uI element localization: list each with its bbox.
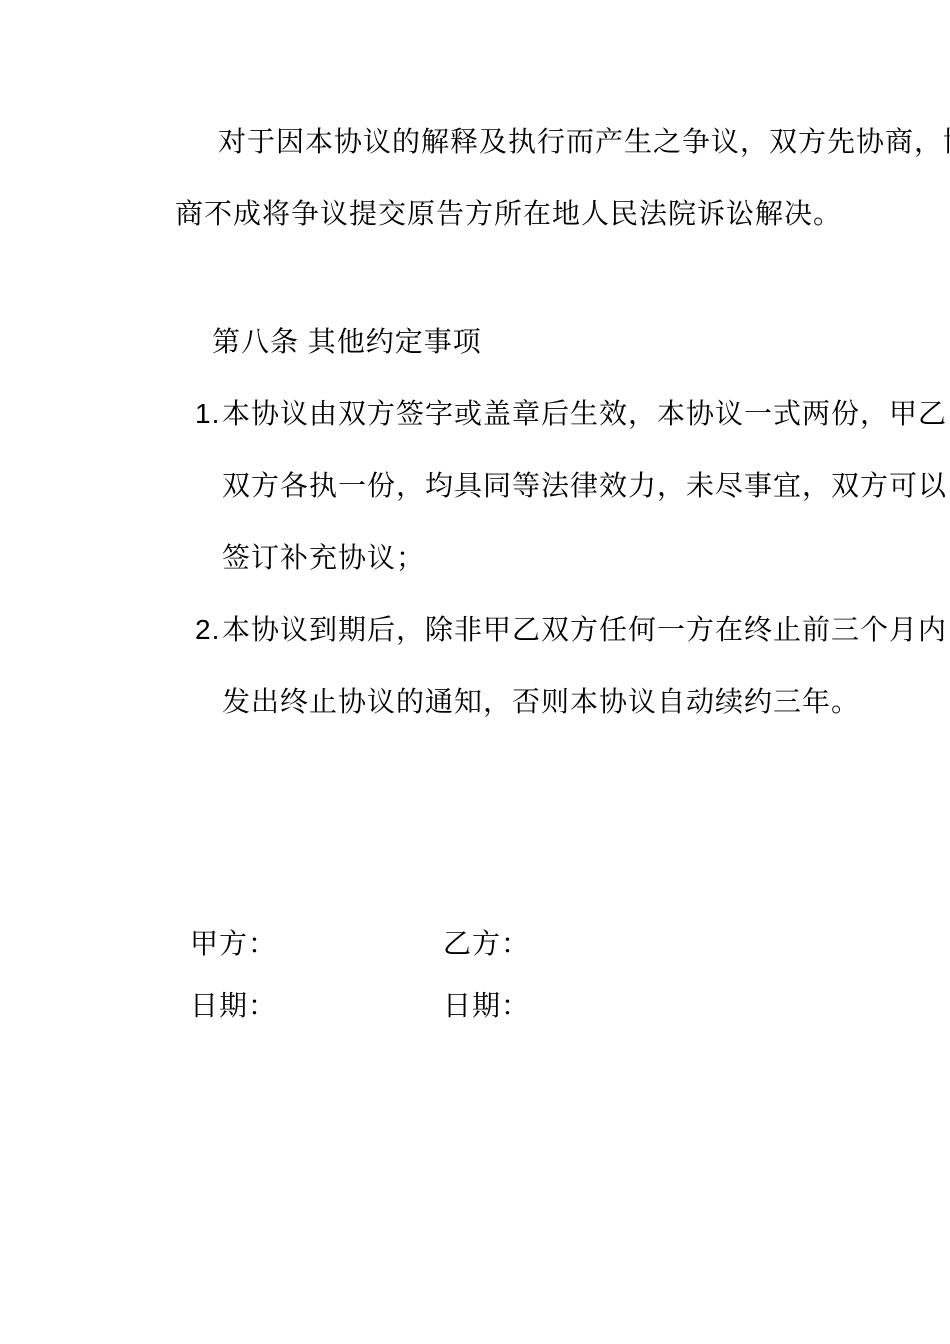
term-item-2: 2.本协议到期后，除非甲乙双方任何一方在终止前三个月内 发出终止协议的通知，否则… — [175, 594, 830, 738]
paragraph-line: 商不成将争议提交原告方所在地人民法院诉讼解决。 — [175, 178, 830, 250]
signature-block: 甲方： 乙方： 日期： 日期： — [175, 913, 830, 1037]
party-b-label: 乙方： — [443, 913, 830, 975]
party-a-label: 甲方： — [190, 913, 443, 975]
document-page: 对于因本协议的解释及执行而产生之争议，双方先协商，协 商不成将争议提交原告方所在… — [0, 0, 950, 1344]
term-line: 签订补充协议； — [175, 522, 830, 594]
date-b-label: 日期： — [443, 975, 830, 1037]
term-item-1: 1.本协议由双方签字或盖章后生效，本协议一式两份，甲乙 双方各执一份，均具同等法… — [175, 378, 830, 594]
term-number: 1. — [195, 378, 222, 450]
term-text: 本协议到期后，除非甲乙双方任何一方在终止前三个月内 — [222, 614, 947, 645]
paragraph-line: 对于因本协议的解释及执行而产生之争议，双方先协商，协 — [175, 106, 830, 178]
term-line: 发出终止协议的通知，否则本协议自动续约三年。 — [175, 666, 830, 738]
signature-parties-row: 甲方： 乙方： — [190, 913, 830, 975]
document-content: 对于因本协议的解释及执行而产生之争议，双方先协商，协 商不成将争议提交原告方所在… — [0, 0, 950, 1037]
term-line: 双方各执一份，均具同等法律效力，未尽事宜，双方可以 — [175, 450, 830, 522]
term-number: 2. — [195, 594, 222, 666]
signature-dates-row: 日期： 日期： — [190, 975, 830, 1037]
term-line: 1.本协议由双方签字或盖章后生效，本协议一式两份，甲乙 — [175, 378, 830, 450]
terms-list: 1.本协议由双方签字或盖章后生效，本协议一式两份，甲乙 双方各执一份，均具同等法… — [175, 378, 830, 738]
term-line: 2.本协议到期后，除非甲乙双方任何一方在终止前三个月内 — [175, 594, 830, 666]
term-text: 本协议由双方签字或盖章后生效，本协议一式两份，甲乙 — [222, 398, 947, 429]
section-heading: 第八条 其他约定事项 — [175, 306, 830, 378]
date-a-label: 日期： — [190, 975, 443, 1037]
dispute-paragraph: 对于因本协议的解释及执行而产生之争议，双方先协商，协 商不成将争议提交原告方所在… — [175, 106, 830, 250]
